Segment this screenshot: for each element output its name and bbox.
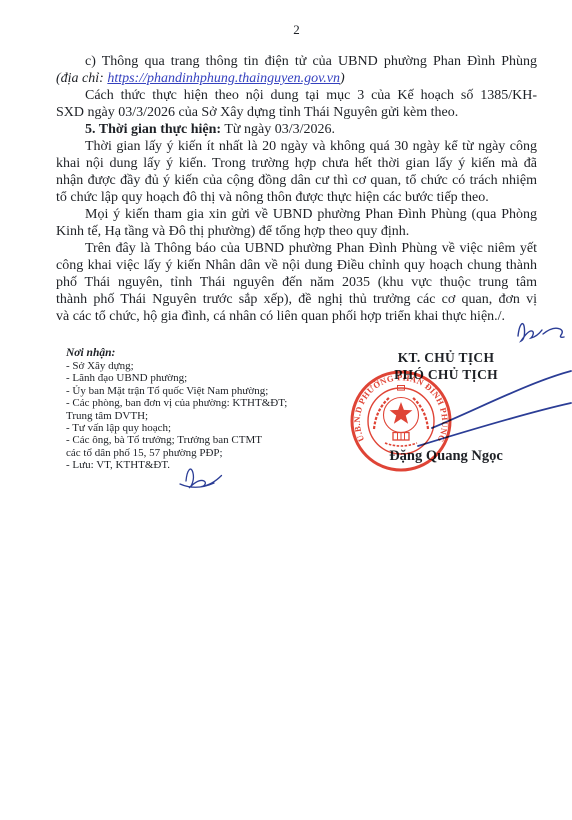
body-line: công khai việc lấy ý kiến Nhân dân về nộ… <box>56 257 537 274</box>
clerk-initials <box>186 469 222 488</box>
recipient-item: - Các ông, bà Tổ trưởng; Trưởng ban CTMT <box>66 434 321 446</box>
document-page: 2 c) Thông qua trang thông tin điện tử c… <box>0 0 572 820</box>
signature-ink <box>340 290 572 460</box>
recipient-item: - Sở Xây dựng; <box>66 360 321 372</box>
body-line: phố Thái nguyên, tỉnh Thái nguyên đến nă… <box>56 274 537 291</box>
recipient-item: Trung tâm DVTH; <box>66 410 321 422</box>
body-line: Cách thức thực hiện theo nội dung tại mụ… <box>56 87 537 104</box>
body-line: c) Thông qua trang thông tin điện tử của… <box>56 53 537 70</box>
body-line: SXD ngày 03/3/2026 của Sở Xây dựng tỉnh … <box>56 104 537 121</box>
document-body: c) Thông qua trang thông tin điện tử của… <box>56 53 537 325</box>
body-line: tổ chức lập quy hoạch đô thị và nông thô… <box>56 189 537 206</box>
body-line: khai nội dung lấy ý kiến. Trong trường h… <box>56 155 537 172</box>
section-5-heading: 5. Thời gian thực hiện: <box>85 122 221 137</box>
clerk-initials-ink <box>172 455 230 495</box>
signature-stroke-upper <box>432 371 571 428</box>
body-line-section-5: 5. Thời gian thực hiện: Từ ngày 03/3/202… <box>56 121 537 138</box>
recipient-item: - Các phòng, ban đơn vị của phường: KTHT… <box>66 397 321 409</box>
recipient-item: - Lãnh đạo UBND phường; <box>66 372 321 384</box>
clerk-initials-underline <box>180 483 214 487</box>
website-link[interactable]: https://phandinhphung.thainguyen.gov.vn <box>107 71 340 86</box>
body-line: Mọi ý kiến tham gia xin gửi về UBND phườ… <box>56 206 537 223</box>
section-5-value: Từ ngày 03/3/2026. <box>221 122 335 137</box>
page-number: 2 <box>56 22 537 38</box>
recipients-block: Nơi nhận: - Sở Xây dựng; - Lãnh đạo UBND… <box>66 346 321 472</box>
address-prefix: (địa chỉ: <box>56 71 107 86</box>
signer-initials-flourish <box>543 328 564 337</box>
body-line: Thời gian lấy ý kiến ít nhất là 20 ngày … <box>56 138 537 155</box>
recipient-item: - Ủy ban Mặt trận Tổ quốc Việt Nam phườn… <box>66 385 321 397</box>
recipient-item: - Tư vấn lập quy hoạch; <box>66 422 321 434</box>
body-line: nhận được đầy đủ ý kiến của cộng đồng dâ… <box>56 172 537 189</box>
body-line: Kinh tế, Hạ tầng và Đô thị phường) để tổ… <box>56 223 537 240</box>
body-line: Trên đây là Thông báo của UBND phường Ph… <box>56 240 537 257</box>
body-line-address: (địa chỉ: https://phandinhphung.thainguy… <box>56 70 537 87</box>
address-suffix: ) <box>340 71 345 86</box>
signer-initials <box>518 324 542 341</box>
recipients-header: Nơi nhận: <box>66 346 321 360</box>
